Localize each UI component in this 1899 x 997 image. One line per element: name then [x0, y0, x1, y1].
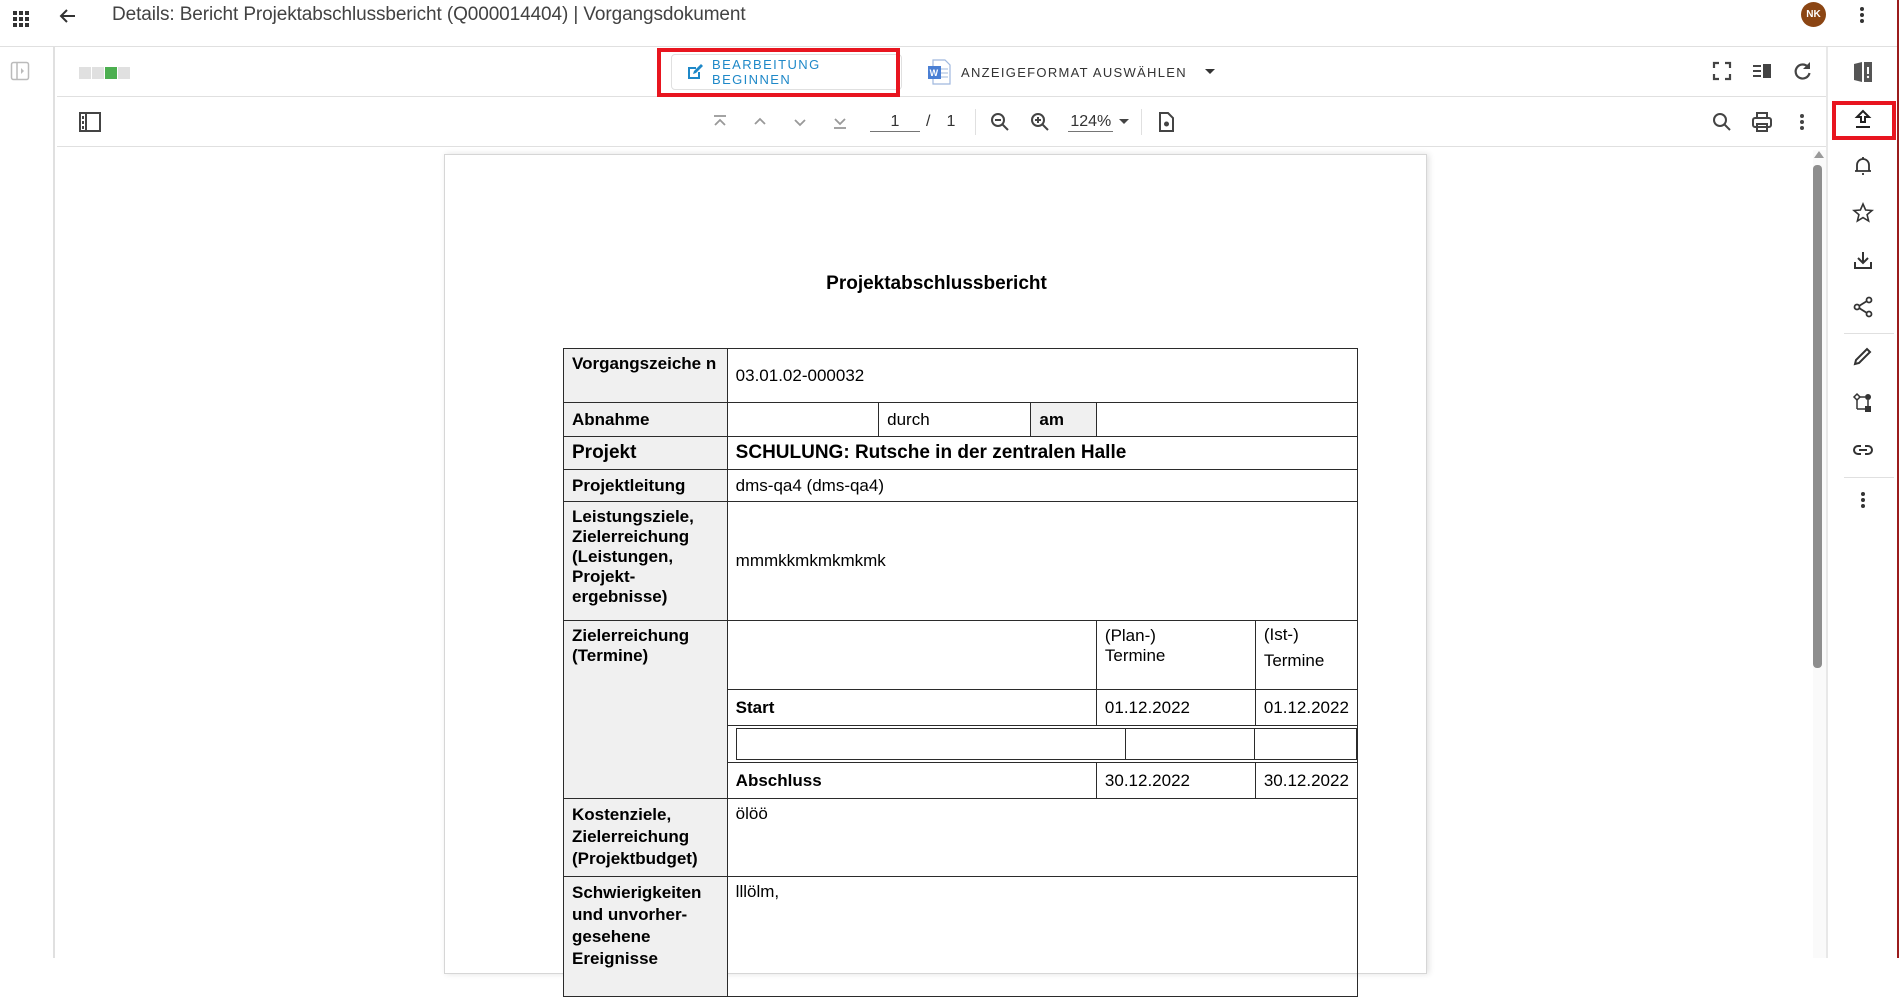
table-row: Leistungsziele, Zielerreichung (Leistung… [564, 502, 1358, 621]
zoom-in-icon[interactable] [1028, 110, 1052, 134]
zoom-level-dropdown[interactable]: 124% [1068, 113, 1129, 132]
row-label: Zielerreichung (Termine) [564, 621, 728, 799]
blank-row [727, 726, 1357, 763]
row-value: lllölm, [727, 877, 1357, 959]
toolbar-right-actions [1710, 59, 1826, 83]
abschluss-label: Abschluss [727, 763, 1096, 799]
share-icon[interactable] [1851, 295, 1875, 319]
am-value [1096, 403, 1357, 437]
user-avatar[interactable]: NK [1801, 2, 1826, 27]
back-arrow-icon[interactable] [56, 4, 80, 28]
table-row: Abnahme durch am [564, 403, 1358, 437]
scrollbar-thumb[interactable] [1813, 165, 1822, 668]
start-ist: 01.12.2022 [1255, 690, 1357, 726]
plan-header-line1: (Plan-) [1105, 626, 1156, 645]
step-indicator-active [105, 67, 117, 79]
plan-header-line2: Termine [1105, 646, 1165, 665]
split-view-icon[interactable] [1750, 59, 1774, 83]
page-number-input[interactable] [870, 113, 920, 132]
row-value: dms-qa4 (dms-qa4) [727, 470, 1357, 502]
table-row: Projektleitung dms-qa4 (dms-qa4) [564, 470, 1358, 502]
link-icon[interactable] [1851, 438, 1875, 462]
apps-grid-icon[interactable] [10, 6, 32, 28]
ist-header-line1: (Ist-) [1264, 625, 1299, 644]
row-value: SCHULUNG: Rutsche in der zentralen Halle [727, 437, 1357, 470]
durch-label: durch [879, 403, 1031, 437]
page-separator: / [926, 113, 930, 131]
row-label: Schwierigkeiten und unvorher-gesehene Er… [564, 877, 728, 959]
svg-text:W: W [930, 68, 940, 78]
last-page-icon[interactable] [828, 110, 852, 134]
document-toolbar: BEARBEITUNG BEGINNEN W ANZEIGEFORMAT AUS… [57, 47, 1826, 97]
star-icon[interactable] [1851, 201, 1875, 225]
viewer-toolbar: / 1 124% [57, 97, 1826, 147]
start-editing-label: BEARBEITUNG BEGINNEN [712, 57, 901, 87]
report-table: Vorgangszeiche n 03.01.02-000032 Abnahme… [563, 348, 1358, 958]
page-title: Details: Bericht Projektabschlussbericht… [112, 4, 746, 26]
zoom-out-icon[interactable] [988, 110, 1012, 134]
abschluss-ist: 30.12.2022 [1255, 763, 1357, 799]
ist-header-line2: Termine [1264, 651, 1324, 670]
caret-down-icon [1119, 119, 1129, 125]
start-editing-button[interactable]: BEARBEITUNG BEGINNEN [671, 54, 902, 90]
download-icon[interactable] [1851, 248, 1875, 272]
divider [1141, 109, 1142, 135]
table-row: Projekt SCHULUNG: Rutsche in der zentral… [564, 437, 1358, 470]
step-indicator [118, 67, 130, 79]
table-row: Kostenziele, Zielerreichung (Projektbudg… [564, 799, 1358, 877]
divider [1844, 333, 1894, 334]
display-format-label: ANZEIGEFORMAT AUSWÄHLEN [961, 65, 1187, 80]
step-indicator [92, 67, 104, 79]
scroll-up-arrow[interactable] [1814, 151, 1824, 158]
start-label: Start [727, 690, 1096, 726]
row-label: Projektleitung [564, 470, 728, 502]
upload-icon[interactable] [1851, 107, 1875, 131]
row-label: Abnahme [564, 403, 728, 437]
document-title: Projektabschlussbericht [445, 273, 1428, 295]
ist-header: (Ist-)Termine [1255, 621, 1357, 690]
first-page-icon[interactable] [708, 110, 732, 134]
step-indicator [79, 67, 91, 79]
next-page-icon[interactable] [788, 110, 812, 134]
display-format-dropdown[interactable]: W ANZEIGEFORMAT AUSWÄHLEN [927, 57, 1215, 87]
caret-down-icon [1205, 69, 1215, 75]
edit-icon [686, 63, 704, 81]
termine-header-blank [727, 621, 1096, 690]
thumbnail-sidebar-icon[interactable] [79, 112, 101, 132]
row-value: mmmkkmkmkmkmk [727, 502, 1357, 621]
page-navigation: / 1 124% [708, 109, 1194, 135]
row-value: 03.01.02-000032 [727, 349, 1357, 403]
more-vert-icon[interactable] [1851, 488, 1875, 512]
binder-icon[interactable] [1851, 59, 1875, 83]
document-page: Projektabschlussbericht Vorgangszeiche n… [444, 154, 1427, 958]
table-row: Vorgangszeiche n 03.01.02-000032 [564, 349, 1358, 403]
status-steps [79, 67, 130, 79]
divider [1844, 477, 1894, 478]
more-vert-icon[interactable] [1850, 3, 1874, 27]
row-value: ölöö [727, 799, 1357, 877]
am-label: am [1031, 403, 1097, 437]
previous-page-icon[interactable] [748, 110, 772, 134]
print-icon[interactable] [1750, 110, 1774, 134]
row-label: Leistungsziele, Zielerreichung (Leistung… [564, 502, 728, 621]
bell-icon[interactable] [1851, 154, 1875, 178]
row-label: Kostenziele, Zielerreichung (Projektbudg… [564, 799, 728, 877]
refresh-icon[interactable] [1790, 59, 1814, 83]
start-plan: 01.12.2022 [1096, 690, 1255, 726]
document-properties-icon[interactable] [1154, 110, 1178, 134]
row-label: Projekt [564, 437, 728, 470]
right-action-rail [1826, 47, 1897, 958]
plan-header: (Plan-)Termine [1096, 621, 1255, 690]
divider [975, 109, 976, 135]
expand-panel-icon[interactable] [10, 61, 30, 81]
more-vert-icon[interactable] [1790, 110, 1814, 134]
fullscreen-icon[interactable] [1710, 59, 1734, 83]
search-icon[interactable] [1710, 110, 1734, 134]
total-pages: 1 [946, 113, 955, 131]
abnahme-value [727, 403, 878, 437]
table-row: Zielerreichung (Termine) (Plan-)Termine … [564, 621, 1358, 690]
row-label: Vorgangszeiche n [564, 349, 728, 403]
left-rail [0, 47, 55, 958]
abschluss-plan: 30.12.2022 [1096, 763, 1255, 799]
viewer-right-actions [1710, 110, 1826, 134]
zoom-level-value: 124% [1068, 113, 1113, 132]
pencil-icon[interactable] [1851, 344, 1875, 368]
app-header: Details: Bericht Projektabschlussbericht… [0, 0, 1897, 47]
table-row: Schwierigkeiten und unvorher-gesehene Er… [564, 877, 1358, 959]
word-document-icon: W [927, 59, 951, 85]
workflow-icon[interactable] [1851, 391, 1875, 415]
